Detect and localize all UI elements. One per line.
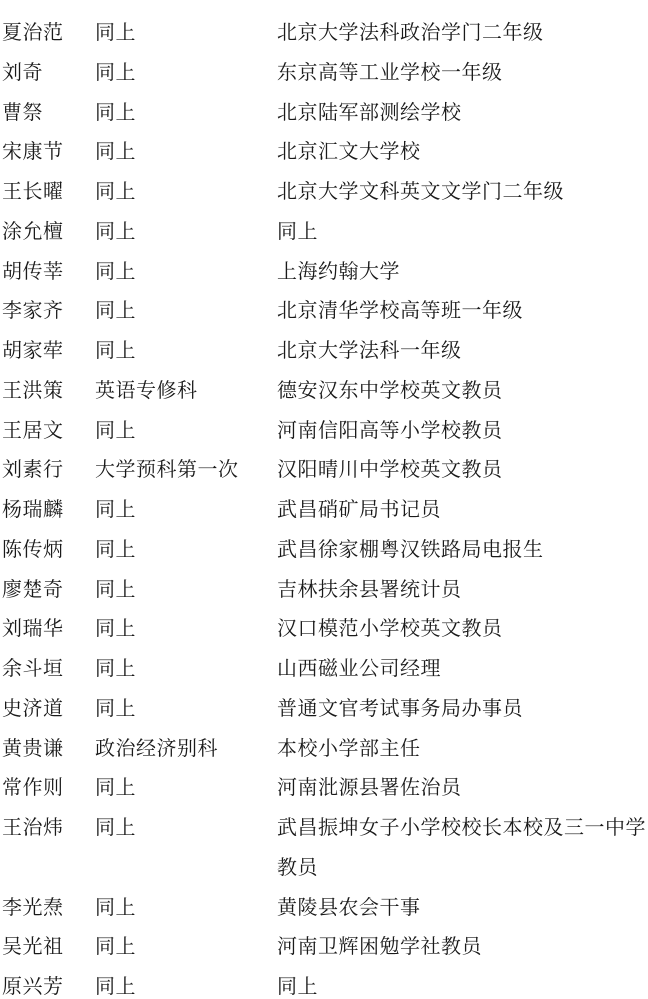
- list-row: 王长曜同上北京大学文科英文文学门二年级: [0, 172, 648, 212]
- occupation: 汉阳晴川中学校英文教员: [277, 450, 647, 490]
- course: 同上: [95, 927, 136, 967]
- occupation: 山西磁业公司经理: [277, 649, 647, 689]
- name: 王洪策: [2, 371, 64, 411]
- list-row: 杨瑞麟同上武昌硝矿局书记员: [0, 490, 648, 530]
- occupation: 北京陆军部测绘学校: [277, 93, 647, 133]
- name: 刘素行: [2, 450, 64, 490]
- occupation: 本校小学部主任: [277, 729, 647, 769]
- name: 余斗垣: [2, 649, 64, 689]
- occupation: 河南信阳高等小学校教员: [277, 411, 647, 451]
- course: 大学预科第一次: [95, 450, 239, 490]
- list-row: 李光焘同上黄陵县农会干事: [0, 888, 648, 928]
- name: 胡传莘: [2, 252, 64, 292]
- list-row: 黄贵谦政治经济别科本校小学部主任: [0, 729, 648, 769]
- course: 同上: [95, 768, 136, 808]
- course: 同上: [95, 967, 136, 999]
- occupation: 德安汉东中学校英文教员: [277, 371, 647, 411]
- list-row: 胡传莘同上上海约翰大学: [0, 252, 648, 292]
- name: 黄贵谦: [2, 729, 64, 769]
- name: 王长曜: [2, 172, 64, 212]
- list-row: 宋康节同上北京汇文大学校: [0, 132, 648, 172]
- course: 同上: [95, 212, 136, 252]
- course: 英语专修科: [95, 371, 198, 411]
- course: 同上: [95, 689, 136, 729]
- name: 原兴芳: [2, 967, 64, 999]
- occupation: 同上: [277, 212, 647, 252]
- list-row: 刘瑞华同上汉口模范小学校英文教员: [0, 609, 648, 649]
- course: 同上: [95, 411, 136, 451]
- course: 同上: [95, 132, 136, 172]
- list-row: 夏治范同上北京大学法科政治学门二年级: [0, 13, 648, 53]
- course: 同上: [95, 530, 136, 570]
- occupation: 河南卫辉困勉学社教员: [277, 927, 647, 967]
- course: 同上: [95, 888, 136, 928]
- name: 夏治范: [2, 13, 64, 53]
- name: 史济道: [2, 689, 64, 729]
- name: 刘瑞华: [2, 609, 64, 649]
- occupation: 北京清华学校高等班一年级: [277, 291, 647, 331]
- occupation: 吉林扶余县署统计员: [277, 570, 647, 610]
- list-row: 吴光祖同上河南卫辉困勉学社教员: [0, 927, 648, 967]
- occupation: 武昌硝矿局书记员: [277, 490, 647, 530]
- name: 李光焘: [2, 888, 64, 928]
- list-row: 陈传炳同上武昌徐家棚粤汉铁路局电报生: [0, 530, 648, 570]
- occupation: 河南沘源县署佐治员: [277, 768, 647, 808]
- name: 吴光祖: [2, 927, 64, 967]
- occupation: 武昌振坤女子小学校校长本校及三一中学教员: [277, 808, 647, 888]
- occupation: 武昌徐家棚粤汉铁路局电报生: [277, 530, 647, 570]
- list-row: 王居文同上河南信阳高等小学校教员: [0, 411, 648, 451]
- list-row: 刘奇同上东京高等工业学校一年级: [0, 53, 648, 93]
- course: 同上: [95, 291, 136, 331]
- course: 同上: [95, 490, 136, 530]
- name: 杨瑞麟: [2, 490, 64, 530]
- list-row: 常作则同上河南沘源县署佐治员: [0, 768, 648, 808]
- name: 胡家荦: [2, 331, 64, 371]
- course: 同上: [95, 172, 136, 212]
- name: 廖楚奇: [2, 570, 64, 610]
- occupation: 北京大学法科一年级: [277, 331, 647, 371]
- list-row: 余斗垣同上山西磁业公司经理: [0, 649, 648, 689]
- list-row: 王洪策英语专修科德安汉东中学校英文教员: [0, 371, 648, 411]
- occupation: 北京汇文大学校: [277, 132, 647, 172]
- occupation: 普通文官考试事务局办事员: [277, 689, 647, 729]
- alumni-list: 夏治范同上北京大学法科政治学门二年级 刘奇同上东京高等工业学校一年级 曹祭同上北…: [0, 13, 648, 999]
- list-row: 曹祭同上北京陆军部测绘学校: [0, 93, 648, 133]
- list-row: 王治炜同上武昌振坤女子小学校校长本校及三一中学教员: [0, 808, 648, 888]
- course: 同上: [95, 570, 136, 610]
- course: 同上: [95, 331, 136, 371]
- name: 李家齐: [2, 291, 64, 331]
- occupation: 东京高等工业学校一年级: [277, 53, 647, 93]
- name: 曹祭: [2, 93, 43, 133]
- course: 同上: [95, 649, 136, 689]
- course: 同上: [95, 53, 136, 93]
- course: 同上: [95, 808, 136, 848]
- name: 王治炜: [2, 808, 64, 848]
- course: 政治经济别科: [95, 729, 218, 769]
- name: 陈传炳: [2, 530, 64, 570]
- list-row: 胡家荦同上北京大学法科一年级: [0, 331, 648, 371]
- name: 涂允檀: [2, 212, 64, 252]
- list-row: 刘素行大学预科第一次汉阳晴川中学校英文教员: [0, 450, 648, 490]
- list-row: 原兴芳同上同上: [0, 967, 648, 999]
- occupation: 同上: [277, 967, 647, 999]
- list-row: 廖楚奇同上吉林扶余县署统计员: [0, 570, 648, 610]
- list-row: 涂允檀同上同上: [0, 212, 648, 252]
- occupation: 汉口模范小学校英文教员: [277, 609, 647, 649]
- list-row: 李家齐同上北京清华学校高等班一年级: [0, 291, 648, 331]
- occupation: 北京大学法科政治学门二年级: [277, 13, 647, 53]
- course: 同上: [95, 13, 136, 53]
- occupation: 黄陵县农会干事: [277, 888, 647, 928]
- name: 宋康节: [2, 132, 64, 172]
- list-row: 史济道同上普通文官考试事务局办事员: [0, 689, 648, 729]
- name: 常作则: [2, 768, 64, 808]
- course: 同上: [95, 609, 136, 649]
- name: 王居文: [2, 411, 64, 451]
- occupation: 上海约翰大学: [277, 252, 647, 292]
- occupation: 北京大学文科英文文学门二年级: [277, 172, 647, 212]
- name: 刘奇: [2, 53, 43, 93]
- course: 同上: [95, 252, 136, 292]
- course: 同上: [95, 93, 136, 133]
